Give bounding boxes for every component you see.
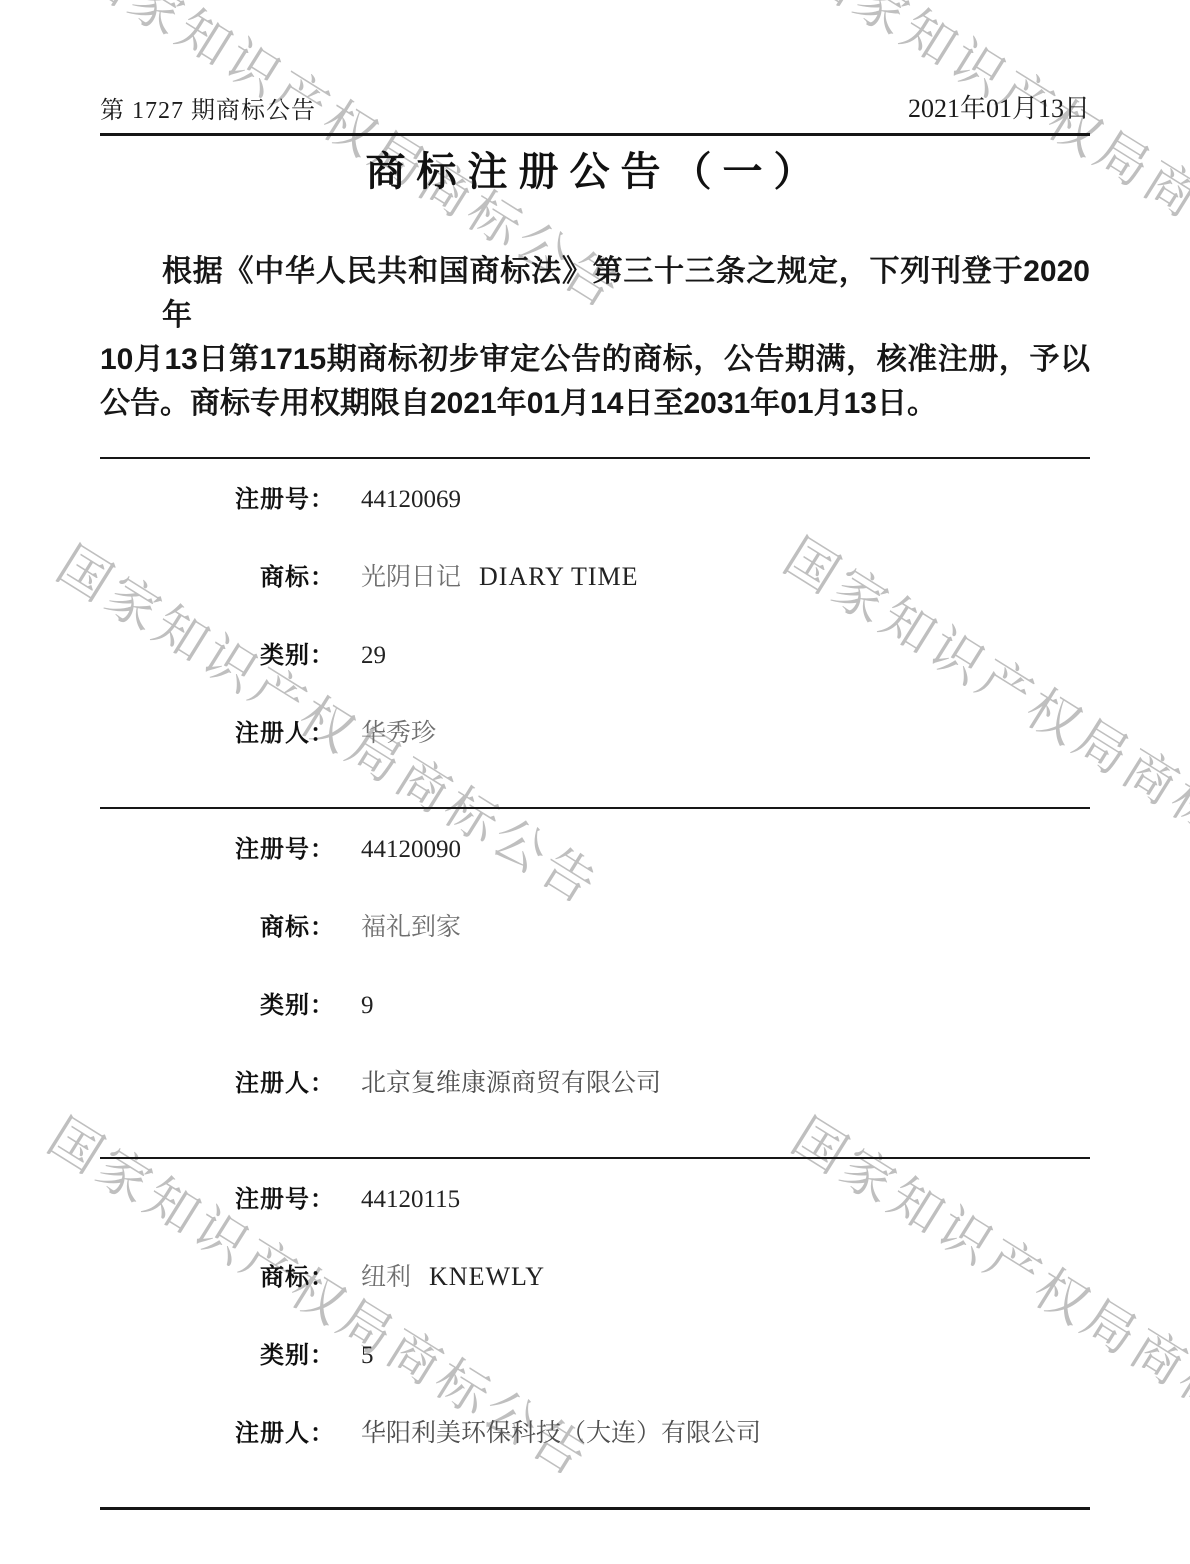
page-header: 第 1727 期商标公告 2021年01月13日 bbox=[100, 95, 1090, 125]
bottom-rule bbox=[100, 1507, 1090, 1510]
field-value-class: 5 bbox=[361, 1342, 374, 1370]
record-row-class: 类别： 9 bbox=[100, 985, 1090, 1015]
field-label: 类别： bbox=[100, 1335, 335, 1370]
issue-number: 第 1727 期商标公告 bbox=[100, 90, 316, 125]
field-value-owner: 北京复维康源商贸有限公司 bbox=[361, 1063, 661, 1099]
field-label: 注册号： bbox=[100, 829, 335, 864]
field-label: 商标： bbox=[100, 1257, 335, 1292]
field-value-owner: 华秀珍 bbox=[361, 713, 436, 749]
header-rule bbox=[100, 133, 1090, 136]
record-row-class: 类别： 5 bbox=[100, 1335, 1090, 1365]
record-row-brand: 商标： 福礼到家 bbox=[100, 907, 1090, 937]
field-value-regno: 44120115 bbox=[361, 1186, 460, 1214]
field-value-owner: 华阳利美环保科技（大连）有限公司 bbox=[361, 1413, 761, 1449]
record-row-owner: 注册人： 北京复维康源商贸有限公司 bbox=[100, 1063, 1090, 1093]
field-value-class: 29 bbox=[361, 642, 386, 670]
field-label: 注册号： bbox=[100, 1179, 335, 1214]
field-value-regno: 44120069 bbox=[361, 486, 461, 514]
gazette-date: 2021年01月13日 bbox=[908, 88, 1090, 125]
intro-line: 10月13日第1715期商标初步审定公告的商标，公告期满，核准注册，予以 bbox=[100, 338, 1090, 382]
field-value-brand-latin: KNEWLY bbox=[429, 1262, 545, 1292]
field-value-brand: 纽利 bbox=[361, 1257, 411, 1293]
record-row-brand: 商标： 纽利 KNEWLY bbox=[100, 1257, 1090, 1287]
field-value-brand: 光阴日记 bbox=[361, 557, 461, 593]
field-label: 商标： bbox=[100, 907, 335, 942]
record-row-regno: 注册号： 44120115 bbox=[100, 1179, 1090, 1209]
trademark-record: 注册号： 44120090 商标： 福礼到家 类别： 9 注册人： 北京复维康源… bbox=[100, 807, 1090, 1157]
gazette-page: 国家知识产权局商标公告 国家知识产权局商标公告 国家知识产权局商标公告 国家知识… bbox=[0, 0, 1190, 1564]
field-label: 注册人： bbox=[100, 1063, 335, 1098]
field-label: 商标： bbox=[100, 557, 335, 592]
field-label: 注册人： bbox=[100, 713, 335, 748]
field-label: 注册号： bbox=[100, 479, 335, 514]
record-row-brand: 商标： 光阴日记 DIARY TIME bbox=[100, 557, 1090, 587]
field-value-brand-latin: DIARY TIME bbox=[479, 562, 639, 592]
intro-line: 公告。商标专用权期限自2021年01月14日至2031年01月13日。 bbox=[100, 382, 1090, 426]
record-row-owner: 注册人： 华秀珍 bbox=[100, 713, 1090, 743]
records-list: 注册号： 44120069 商标： 光阴日记 DIARY TIME 类别： 29… bbox=[100, 457, 1090, 1510]
field-label: 类别： bbox=[100, 635, 335, 670]
page-content: 第 1727 期商标公告 2021年01月13日 商标注册公告（一） 根据《中华… bbox=[0, 0, 1190, 1564]
record-row-class: 类别： 29 bbox=[100, 635, 1090, 665]
record-row-regno: 注册号： 44120090 bbox=[100, 829, 1090, 859]
page-title: 商标注册公告（一） bbox=[100, 150, 1090, 194]
trademark-record: 注册号： 44120069 商标： 光阴日记 DIARY TIME 类别： 29… bbox=[100, 457, 1090, 807]
field-value-class: 9 bbox=[361, 992, 374, 1020]
field-value-regno: 44120090 bbox=[361, 836, 461, 864]
trademark-record: 注册号： 44120115 商标： 纽利 KNEWLY 类别： 5 注册人： 华… bbox=[100, 1157, 1090, 1507]
field-label: 注册人： bbox=[100, 1413, 335, 1448]
field-value-brand: 福礼到家 bbox=[361, 907, 461, 943]
intro-line: 根据《中华人民共和国商标法》第三十三条之规定，下列刊登于2020年 bbox=[100, 250, 1090, 338]
intro-paragraph: 根据《中华人民共和国商标法》第三十三条之规定，下列刊登于2020年 10月13日… bbox=[100, 250, 1090, 426]
field-label: 类别： bbox=[100, 985, 335, 1020]
record-row-regno: 注册号： 44120069 bbox=[100, 479, 1090, 509]
record-row-owner: 注册人： 华阳利美环保科技（大连）有限公司 bbox=[100, 1413, 1090, 1443]
